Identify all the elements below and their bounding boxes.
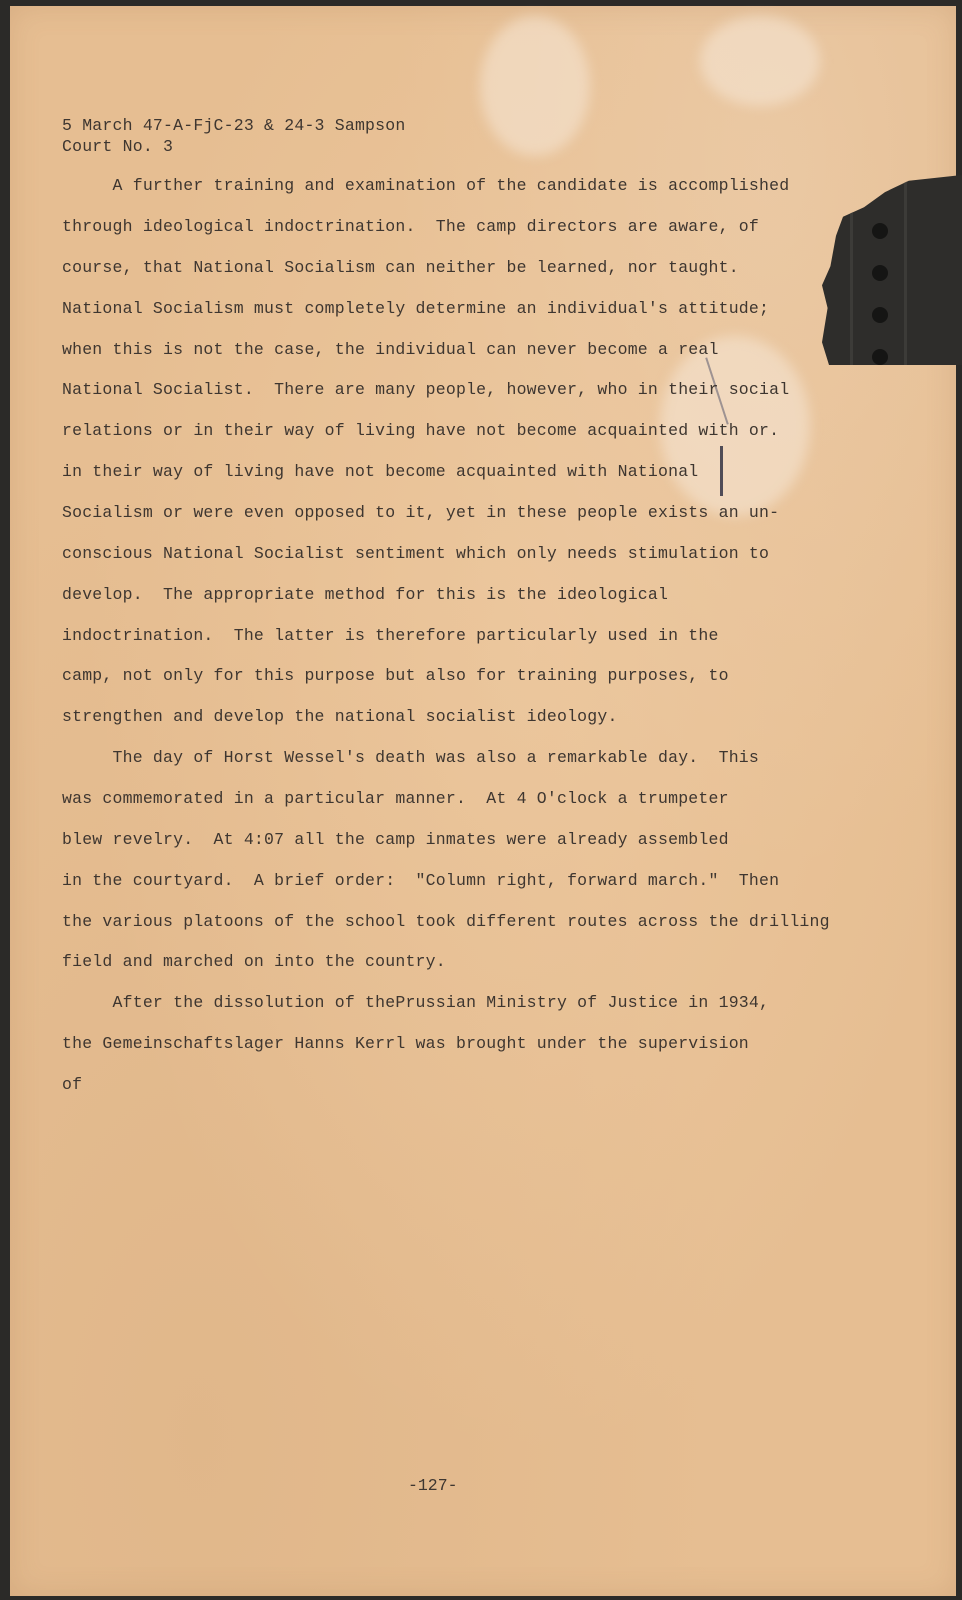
text-line: was commemorated in a particular manner.…: [62, 789, 729, 809]
text-line: in the courtyard. A brief order: "Column…: [62, 871, 779, 891]
text-line: in their way of living have not become a…: [62, 462, 698, 482]
text-line: conscious National Socialist sentiment w…: [62, 544, 769, 564]
text-line: After the dissolution of thePrussian Min…: [62, 993, 769, 1013]
binder-hole: [872, 307, 888, 323]
binder-hole: [872, 223, 888, 239]
court-number: Court No. 3: [62, 136, 173, 157]
text-line: course, that National Socialism can neit…: [62, 258, 739, 278]
text-line: of: [62, 1075, 82, 1095]
text-line: develop. The appropriate method for this…: [62, 585, 668, 605]
text-line: field and marched on into the country.: [62, 952, 446, 972]
text-line: National Socialism must completely deter…: [62, 299, 769, 319]
page-number: -127-: [408, 1476, 458, 1495]
water-stain: [480, 16, 590, 156]
text-line: A further training and examination of th…: [62, 176, 789, 196]
text-line: The day of Horst Wessel's death was also…: [62, 748, 759, 768]
ink-mark: [720, 446, 723, 496]
text-line: National Socialist. There are many peopl…: [62, 380, 789, 400]
text-line: the Gemeinschaftslager Hanns Kerrl was b…: [62, 1034, 749, 1054]
binder-hole: [872, 349, 888, 365]
binder-rail: [904, 175, 907, 365]
text-line: Socialism or were even opposed to it, ye…: [62, 503, 779, 523]
text-line: the various platoons of the school took …: [62, 912, 830, 932]
document-reference: 5 March 47-A-FjC-23 & 24-3 Sampson: [62, 115, 405, 136]
text-line: when this is not the case, the individua…: [62, 340, 719, 360]
text-line: indoctrination. The latter is therefore …: [62, 626, 719, 646]
text-line: camp, not only for this purpose but also…: [62, 666, 729, 686]
text-line: strengthen and develop the national soci…: [62, 707, 618, 727]
text-line: relations or in their way of living have…: [62, 421, 779, 441]
binder-hole: [872, 265, 888, 281]
text-line: blew revelry. At 4:07 all the camp inmat…: [62, 830, 729, 850]
text-line: through ideological indoctrination. The …: [62, 217, 759, 237]
water-stain: [700, 16, 820, 106]
scanned-document: 5 March 47-A-FjC-23 & 24-3 Sampson Court…: [0, 0, 962, 1600]
